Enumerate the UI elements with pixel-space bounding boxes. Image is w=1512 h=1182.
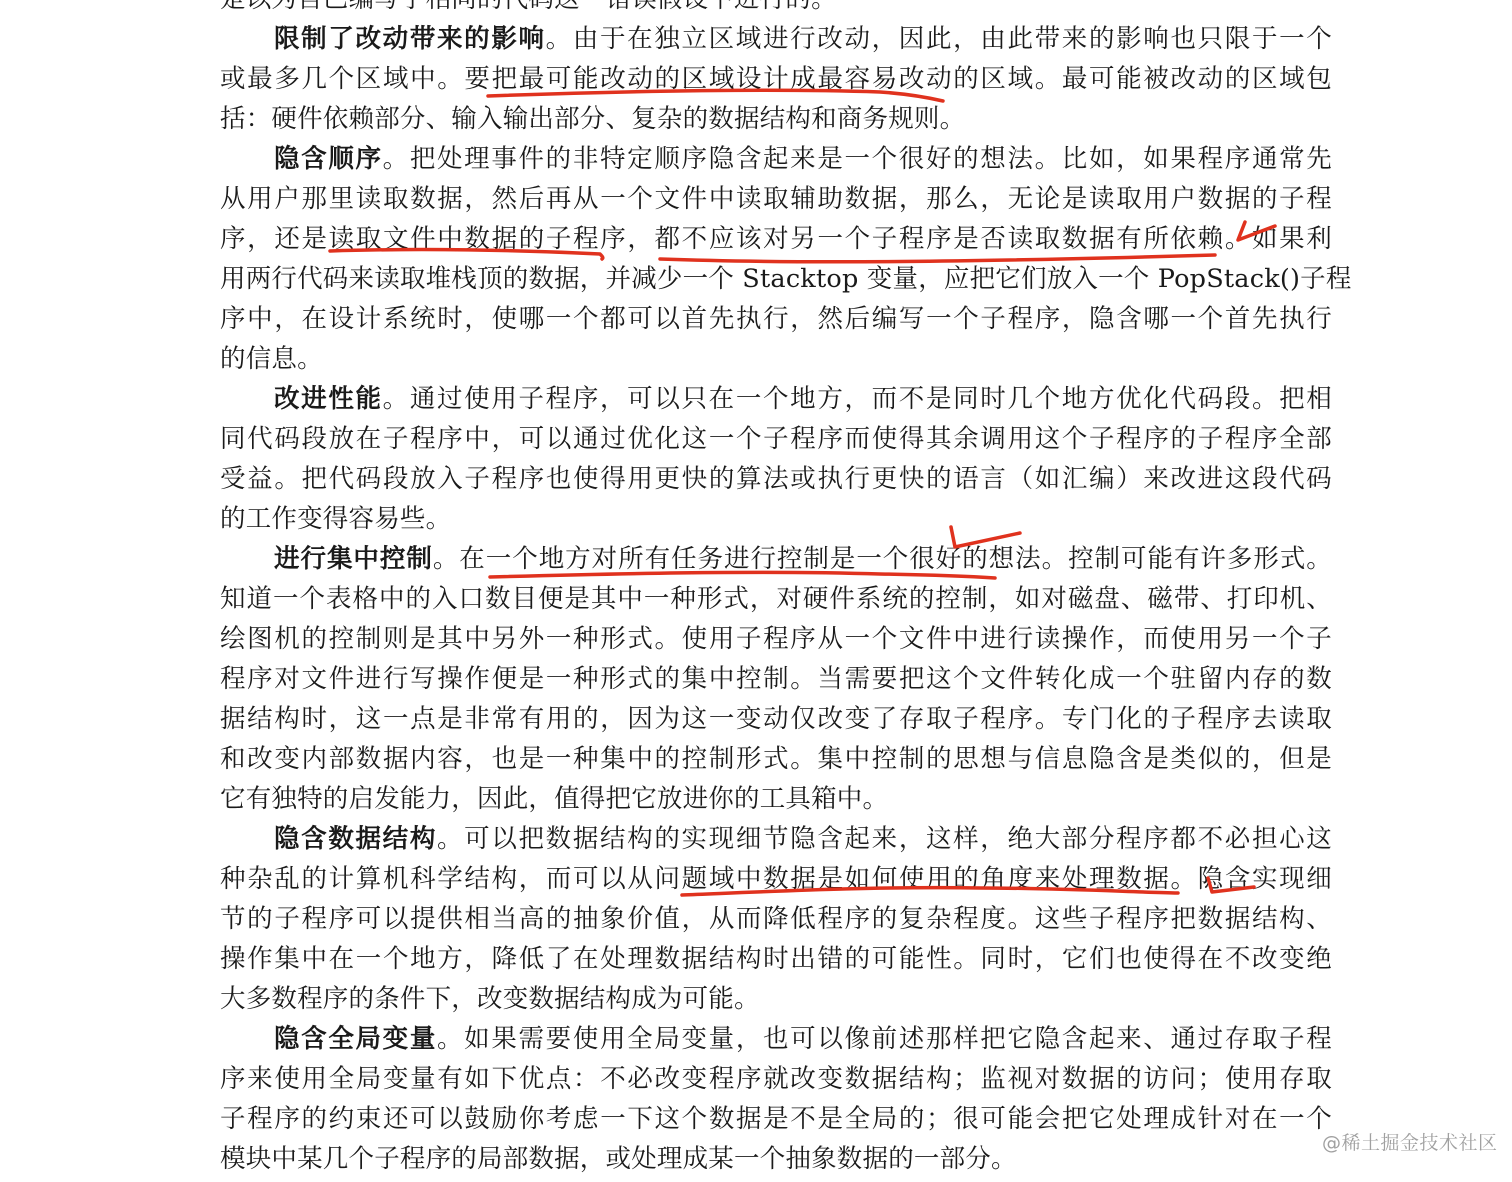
text-line: 序，还是读取文件中数据的子程序，都不应该对另一个子程序是否读取数据有所依赖。如果…: [220, 219, 1332, 259]
line-text: 大多数程序的条件下，改变数据结构成为可能。: [220, 984, 760, 1014]
paragraph-first-line: 限制了改动带来的影响。由于在独立区域进行改动，因此，由此带来的影响也只限于一个: [220, 19, 1332, 59]
line-text: 。在一个地方对所有任务进行控制是一个很好的想法。控制可能有许多形式。: [433, 544, 1332, 574]
text-line: 它有独特的启发能力，因此，值得把它放进你的工具箱中。: [220, 779, 1332, 819]
line-text: 序中，在设计系统时，使哪一个都可以首先执行，然后编写一个子程序，隐含哪一个首先执…: [220, 304, 1332, 334]
text-line: 程序对文件进行写操作便是一种形式的集中控制。当需要把这个文件转化成一个驻留内存的…: [220, 659, 1332, 699]
text-line: 括：硬件依赖部分、输入输出部分、复杂的数据结构和商务规则。: [220, 99, 1332, 139]
paragraph-title: 改进性能: [274, 384, 383, 414]
line-text: 或最多几个区域中。要把最可能改动的区域设计成最容易改动的区域。最可能被改动的区域…: [220, 64, 1332, 94]
line-text: 。由于在独立区域进行改动，因此，由此带来的影响也只限于一个: [546, 24, 1332, 54]
line-text: 同代码段放在子程序中，可以通过优化这一个子程序而使得其余调用这个子程序的子程序全…: [220, 424, 1332, 454]
text-line: 操作集中在一个地方，降低了在处理数据结构时出错的可能性。同时，它们也使得在不改变…: [220, 939, 1332, 979]
paragraph-first-line: 隐含数据结构。可以把数据结构的实现细节隐含起来，这样，绝大部分程序都不必担心这: [220, 819, 1332, 859]
line-text: 序来使用全局变量有如下优点：不必改变程序就改变数据结构；监视对数据的访问；使用存…: [220, 1064, 1332, 1094]
line-text: 用两行代码来读取堆栈顶的数据，并减少一个 Stacktop 变量，应把它们放入一…: [220, 264, 1352, 294]
paragraph-title: 限制了改动带来的影响: [274, 24, 546, 54]
line-text: 是以为自己编写了相同的代码这一错误假设下进行的。: [220, 0, 837, 14]
line-text: 的信息。: [220, 344, 323, 374]
line-text: 绘图机的控制则是其中另外一种形式。使用子程序从一个文件中进行读操作，而使用另一个…: [220, 624, 1332, 654]
line-text: 子程序的约束还可以鼓励你考虑一下这个数据是不是全局的；很可能会把它处理成针对在一…: [220, 1104, 1332, 1134]
line-text: 种杂乱的计算机科学结构，而可以从问题域中数据是如何使用的角度来处理数据。隐含实现…: [220, 864, 1332, 894]
paragraph-title: 隐含顺序: [274, 144, 383, 174]
paragraph-first-line: 隐含全局变量。如果需要使用全局变量，也可以像前述那样把它隐含起来、通过存取子程: [220, 1019, 1332, 1059]
line-text: 知道一个表格中的入口数目便是其中一种形式，对硬件系统的控制，如对磁盘、磁带、打印…: [220, 584, 1332, 614]
line-text: 程序对文件进行写操作便是一种形式的集中控制。当需要把这个文件转化成一个驻留内存的…: [220, 664, 1332, 694]
text-line: 大多数程序的条件下，改变数据结构成为可能。: [220, 979, 1332, 1019]
text-line: 序中，在设计系统时，使哪一个都可以首先执行，然后编写一个子程序，隐含哪一个首先执…: [220, 299, 1332, 339]
text-line: 模块中某几个子程序的局部数据，或处理成某一个抽象数据的一部分。: [220, 1139, 1332, 1179]
text-line: 或最多几个区域中。要把最可能改动的区域设计成最容易改动的区域。最可能被改动的区域…: [220, 59, 1332, 99]
line-text: 括：硬件依赖部分、输入输出部分、复杂的数据结构和商务规则。: [220, 104, 965, 134]
text-line: 知道一个表格中的入口数目便是其中一种形式，对硬件系统的控制，如对磁盘、磁带、打印…: [220, 579, 1332, 619]
paragraph-title: 隐含全局变量: [274, 1024, 437, 1054]
text-line: 序来使用全局变量有如下优点：不必改变程序就改变数据结构；监视对数据的访问；使用存…: [220, 1059, 1332, 1099]
text-line: 节的子程序可以提供相当高的抽象价值，从而降低程序的复杂程度。这些子程序把数据结构…: [220, 899, 1332, 939]
line-text: 和改变内部数据内容，也是一种集中的控制形式。集中控制的思想与信息隐含是类似的，但…: [220, 744, 1332, 774]
line-text: 受益。把代码段放入子程序也使得用更快的算法或执行更快的语言（如汇编）来改进这段代…: [220, 464, 1332, 494]
text-line: 同代码段放在子程序中，可以通过优化这一个子程序而使得其余调用这个子程序的子程序全…: [220, 419, 1332, 459]
line-text: 据结构时，这一点是非常有用的，因为这一变动仅改变了存取子程序。专门化的子程序去读…: [220, 704, 1332, 734]
paragraph-first-line: 进行集中控制。在一个地方对所有任务进行控制是一个很好的想法。控制可能有许多形式。: [220, 539, 1332, 579]
line-text: 它有独特的启发能力，因此，值得把它放进你的工具箱中。: [220, 784, 888, 814]
line-text: 从用户那里读取数据，然后再从一个文件中读取辅助数据，那么，无论是读取用户数据的子…: [220, 184, 1332, 214]
text-line: 种杂乱的计算机科学结构，而可以从问题域中数据是如何使用的角度来处理数据。隐含实现…: [220, 859, 1332, 899]
line-text: 。如果需要使用全局变量，也可以像前述那样把它隐含起来、通过存取子程: [437, 1024, 1332, 1054]
line-text: 。通过使用子程序，可以只在一个地方，而不是同时几个地方优化代码段。把相: [383, 384, 1332, 414]
paragraph-title: 进行集中控制: [274, 544, 433, 574]
text-line: 是以为自己编写了相同的代码这一错误假设下进行的。: [220, 0, 1332, 19]
line-text: 模块中某几个子程序的局部数据，或处理成某一个抽象数据的一部分。: [220, 1144, 1017, 1174]
text-line: 据结构时，这一点是非常有用的，因为这一变动仅改变了存取子程序。专门化的子程序去读…: [220, 699, 1332, 739]
text-line: 用两行代码来读取堆栈顶的数据，并减少一个 Stacktop 变量，应把它们放入一…: [220, 259, 1332, 299]
text-line: 和改变内部数据内容，也是一种集中的控制形式。集中控制的思想与信息隐含是类似的，但…: [220, 739, 1332, 779]
paragraph-title: 隐含数据结构: [274, 824, 437, 854]
text-line: 从用户那里读取数据，然后再从一个文件中读取辅助数据，那么，无论是读取用户数据的子…: [220, 179, 1332, 219]
text-line: 子程序的约束还可以鼓励你考虑一下这个数据是不是全局的；很可能会把它处理成针对在一…: [220, 1099, 1332, 1139]
paragraph-first-line: 隐含顺序。把处理事件的非特定顺序隐含起来是一个很好的想法。比如，如果程序通常先: [220, 139, 1332, 179]
line-text: 。把处理事件的非特定顺序隐含起来是一个很好的想法。比如，如果程序通常先: [383, 144, 1332, 174]
line-text: 序，还是读取文件中数据的子程序，都不应该对另一个子程序是否读取数据有所依赖。如果…: [220, 224, 1332, 254]
paragraph-first-line: 改进性能。通过使用子程序，可以只在一个地方，而不是同时几个地方优化代码段。把相: [220, 379, 1332, 419]
line-text: 节的子程序可以提供相当高的抽象价值，从而降低程序的复杂程度。这些子程序把数据结构…: [220, 904, 1332, 934]
line-text: 的工作变得容易些。: [220, 504, 451, 534]
text-line: 绘图机的控制则是其中另外一种形式。使用子程序从一个文件中进行读操作，而使用另一个…: [220, 619, 1332, 659]
text-line: 的工作变得容易些。: [220, 499, 1332, 539]
line-text: 。可以把数据结构的实现细节隐含起来，这样，绝大部分程序都不必担心这: [437, 824, 1332, 854]
watermark: @稀土掘金技术社区: [1322, 1128, 1498, 1155]
text-line: 的信息。: [220, 339, 1332, 379]
line-text: 操作集中在一个地方，降低了在处理数据结构时出错的可能性。同时，它们也使得在不改变…: [220, 944, 1332, 974]
text-line: 受益。把代码段放入子程序也使得用更快的算法或执行更快的语言（如汇编）来改进这段代…: [220, 459, 1332, 499]
document-page: 是以为自己编写了相同的代码这一错误假设下进行的。 限制了改动带来的影响。由于在独…: [220, 0, 1332, 1179]
